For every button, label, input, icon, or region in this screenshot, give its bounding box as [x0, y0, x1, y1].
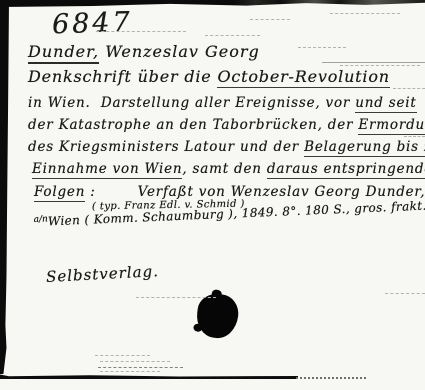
- body-line-2-underlined: Ermordung: [358, 117, 425, 135]
- body-line-4-underlined-1: Einnahme von Wien: [32, 161, 182, 179]
- author-forename: Wenzeslav Georg: [99, 42, 260, 61]
- call-number: 6847: [51, 7, 133, 41]
- scan-artifact-line: [385, 293, 425, 294]
- catalog-card: 6847 Dunder, Wenzeslav Georg Denkschrift…: [0, 0, 425, 390]
- scan-artifact-line: [205, 35, 260, 36]
- body-line-4: Einnahme von Wien, samt den daraus entsp…: [32, 161, 425, 177]
- body-line-5-underlined: Folgen: [34, 184, 85, 202]
- body-line-5-colon: :: [85, 184, 95, 200]
- insertion-mark: a/n: [33, 214, 48, 225]
- scan-artifact-line: [404, 136, 425, 137]
- body-line-5: Folgen :Verfaßt von Wenzeslav Georg Dund…: [34, 184, 425, 200]
- scan-artifact-line: [96, 31, 186, 32]
- author-surname: Dunder,: [28, 42, 99, 64]
- scan-artifact-line: [100, 361, 170, 362]
- scan-artifact-line: [330, 13, 400, 14]
- body-line-2: der Katastrophe an den Taborbrücken, der…: [28, 117, 425, 133]
- scan-edge-bottom-dots: [296, 377, 366, 379]
- statement-of-responsibility: Verfaßt von Wenzeslav Georg Dunder, ..: [138, 184, 425, 200]
- title-line: Denkschrift über die October-Revolution: [28, 67, 390, 86]
- body-line-3-underlined: Belagerung bis zur: [304, 139, 425, 157]
- scan-artifact-line: [393, 88, 425, 89]
- body-line-3-text: des Kriegsministers Latour und der: [28, 139, 304, 155]
- scan-artifact-line: [250, 19, 290, 20]
- body-line-1-text: in Wien. Darstellung aller Ereignisse, v…: [28, 95, 355, 111]
- scan-edge-left: [0, 0, 9, 374]
- scan-artifact-line: [136, 297, 216, 298]
- body-line-2-text: der Katastrophe an den Taborbrücken, der: [28, 117, 358, 133]
- scan-artifact-line: [298, 47, 346, 48]
- scan-artifact-line: [100, 371, 160, 372]
- publisher-note: Selbstverlag.: [46, 262, 160, 286]
- scan-artifact-line: [340, 65, 420, 66]
- scan-artifact-line: [322, 62, 425, 63]
- ink-blot: [194, 292, 240, 341]
- body-line-3: des Kriegsministers Latour und der Belag…: [28, 139, 425, 155]
- body-line-1-underlined: und seit: [355, 95, 416, 113]
- title-pre: Denkschrift über die: [28, 67, 217, 86]
- author-heading: Dunder, Wenzeslav Georg: [28, 42, 260, 61]
- body-line-1: in Wien. Darstellung aller Ereignisse, v…: [28, 95, 417, 111]
- scan-artifact-line: [98, 367, 183, 368]
- body-line-4-underlined-2: daraus entspringenden: [267, 161, 425, 179]
- title-underlined: October-Revolution: [217, 67, 389, 88]
- scan-edge-bottom: [0, 374, 298, 379]
- scan-artifact-line: [95, 355, 150, 356]
- scan-edge-top: [0, 0, 425, 7]
- body-line-4-text: , samt den: [182, 161, 267, 177]
